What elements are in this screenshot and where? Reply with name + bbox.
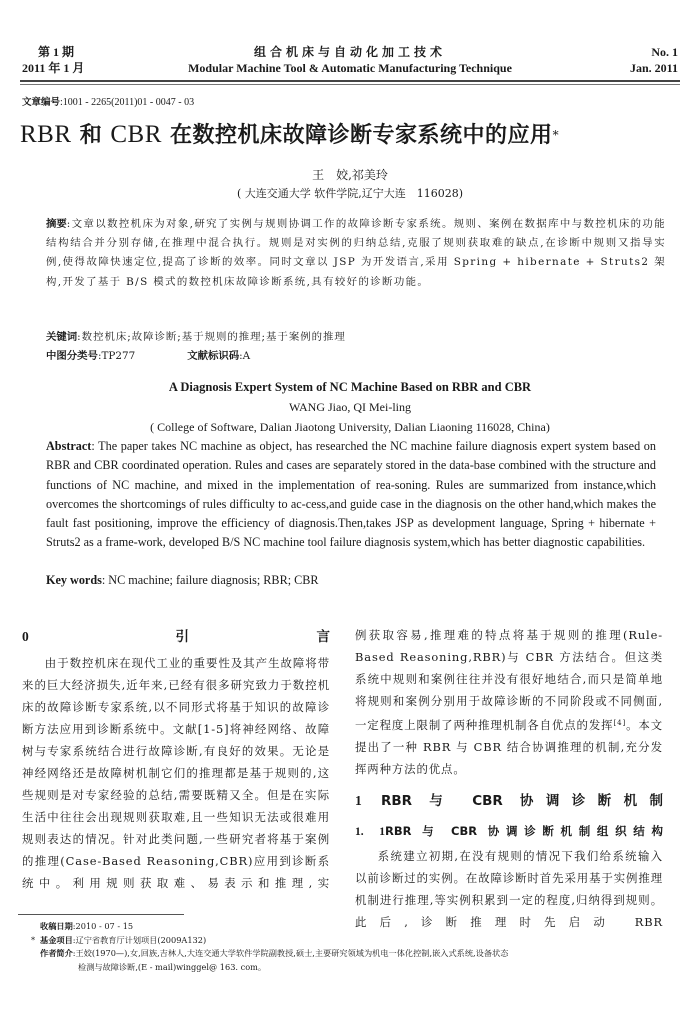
classification: 中图分类号:TP277文献标识码:A — [46, 348, 250, 364]
header-rule — [20, 80, 680, 82]
received-value: :2010 - 07 - 15 — [73, 921, 133, 931]
fund-label: 基金项目 — [40, 935, 73, 945]
abstract-cn: 摘要:文章以数控机床为对象,研究了实例与规则协调工作的故障诊断专家系统。规则、案… — [46, 215, 666, 292]
fund-value: :辽宁省教育厅计划项目(2009A132) — [73, 935, 206, 945]
doc-code-value: :A — [239, 350, 250, 362]
section-1-1-number: 1. 1 — [355, 821, 385, 843]
abstract-cn-text: :文章以数控机床为对象,研究了实例与规则协调工作的故障诊断专家系统。规则、案例在… — [46, 218, 666, 288]
journal-name-cn: 组合机床与自动化加工技术 — [150, 44, 550, 60]
footnote-received: 收稿日期:2010 - 07 - 15 — [22, 920, 508, 934]
citation-ref-4: [4] — [613, 719, 626, 727]
body-column-right: 例获取容易,推理难的特点将基于规则的推理(Rule-Based Reasonin… — [355, 624, 663, 933]
running-header-journal: 组合机床与自动化加工技术 Modular Machine Tool & Auto… — [150, 44, 550, 76]
section-1-1-heading: 1. 1RBR 与 CBR 协调诊断机制组织结构 — [355, 820, 663, 843]
footnote-fund: *基金项目:辽宁省教育厅计划项目(2009A132) — [22, 934, 508, 948]
abstract-cn-label: 摘要 — [46, 218, 67, 230]
abstract-en-text: : The paper takes NC machine as object, … — [46, 439, 656, 549]
title-cbr: CBR — [110, 121, 162, 148]
keywords-cn-text: :数控机床;故障诊断;基于规则的推理;基于案例的推理 — [77, 331, 346, 343]
author-bio-line1: :王姣(1970—),女,回族,吉林人,大连交通大学软件学院副教授,硕士,主要研… — [73, 948, 509, 958]
section-0-heading: 0引言 — [22, 626, 330, 648]
title-rest: 在数控机床故障诊断专家系统中的应用 — [162, 122, 553, 148]
clc-value: :TP277 — [98, 350, 135, 362]
article-number-value: :1001 - 2265(2011)01 - 0047 - 03 — [60, 97, 194, 108]
keywords-en-label: Key words — [46, 573, 102, 587]
keywords-en: Key words: NC machine; failure diagnosis… — [46, 571, 656, 590]
running-header-issue-en: No. 1 Jan. 2011 — [630, 44, 678, 76]
fund-mark: * — [31, 934, 35, 948]
authors: 王 姣,祁美玲 — [0, 166, 700, 183]
issue-date: 2011 年 1 月 — [22, 60, 84, 76]
english-title: A Diagnosis Expert System of NC Machine … — [0, 380, 700, 395]
english-affiliation: ( College of Software, Dalian Jiaotong U… — [0, 420, 700, 435]
body-column-left: 0引言 由于数控机床在现代工业的重要性及其产生故障将带来的巨大经济损失,近年来,… — [22, 626, 330, 894]
header-rule-thin — [20, 84, 680, 85]
title-and: 和 — [72, 122, 111, 148]
doc-code-label: 文献标识码 — [187, 350, 239, 362]
footnotes: 收稿日期:2010 - 07 - 15 *基金项目:辽宁省教育厅计划项目(200… — [22, 920, 508, 974]
section-0-title: 引言 — [48, 629, 330, 645]
section-1-number: 1 — [355, 790, 381, 812]
section-1-title: RBR 与 CBR 协调诊断机制 — [381, 793, 663, 809]
journal-name-en: Modular Machine Tool & Automatic Manufac… — [150, 60, 550, 76]
section-0-paragraph-1: 由于数控机床在现代工业的重要性及其产生故障将带来的巨大经济损失,近年来,已经有很… — [22, 652, 330, 894]
keywords-en-text: : NC machine; failure diagnosis; RBR; CB… — [102, 573, 319, 587]
clc-label: 中图分类号 — [46, 350, 98, 362]
para-cont-a: 例获取容易,推理难的特点将基于规则的推理(Rule-Based Reasonin… — [355, 628, 663, 732]
title-footnote-mark: * — [553, 128, 560, 142]
footnote-author: 作者简介:王姣(1970—),女,回族,吉林人,大连交通大学软件学院副教授,硕士… — [22, 947, 508, 961]
article-number-label: 文章编号 — [22, 97, 60, 108]
english-authors: WANG Jiao, QI Mei-ling — [0, 400, 700, 415]
abstract-en: Abstract: The paper takes NC machine as … — [46, 437, 656, 553]
footnote-rule — [18, 914, 184, 915]
abstract-en-label: Abstract — [46, 439, 91, 453]
section-1-heading: 1RBR 与 CBR 协调诊断机制 — [355, 790, 663, 812]
issue-number-en: No. 1 — [630, 44, 678, 60]
paper-title: RBR 和 CBR 在数控机床故障诊断专家系统中的应用* — [20, 120, 680, 150]
keywords-cn-label: 关键词 — [46, 331, 77, 343]
author-bio-label: 作者简介 — [40, 948, 73, 958]
author-bio-line2: 检测与故障诊断,(E - mail)winggel@ 163. com。 — [78, 962, 266, 972]
running-header-issue: 第 1 期 2011 年 1 月 — [22, 44, 84, 76]
footnote-author-continued: 检测与故障诊断,(E - mail)winggel@ 163. com。 — [22, 961, 508, 975]
issue-date-en: Jan. 2011 — [630, 60, 678, 76]
received-label: 收稿日期 — [40, 921, 73, 931]
affiliation: ( 大连交通大学 软件学院,辽宁大连 116028) — [0, 185, 700, 201]
keywords-cn: 关键词:数控机床;故障诊断;基于规则的推理;基于案例的推理 — [46, 328, 666, 347]
section-0-number: 0 — [22, 626, 48, 648]
article-number: 文章编号:1001 - 2265(2011)01 - 0047 - 03 — [22, 94, 194, 108]
section-1-1-title: RBR 与 CBR 协调诊断机制组织结构 — [385, 824, 663, 838]
issue-number: 第 1 期 — [22, 44, 84, 60]
title-rbr: RBR — [20, 121, 72, 148]
section-0-paragraph-1-continued: 例获取容易,推理难的特点将基于规则的推理(Rule-Based Reasonin… — [355, 624, 663, 780]
